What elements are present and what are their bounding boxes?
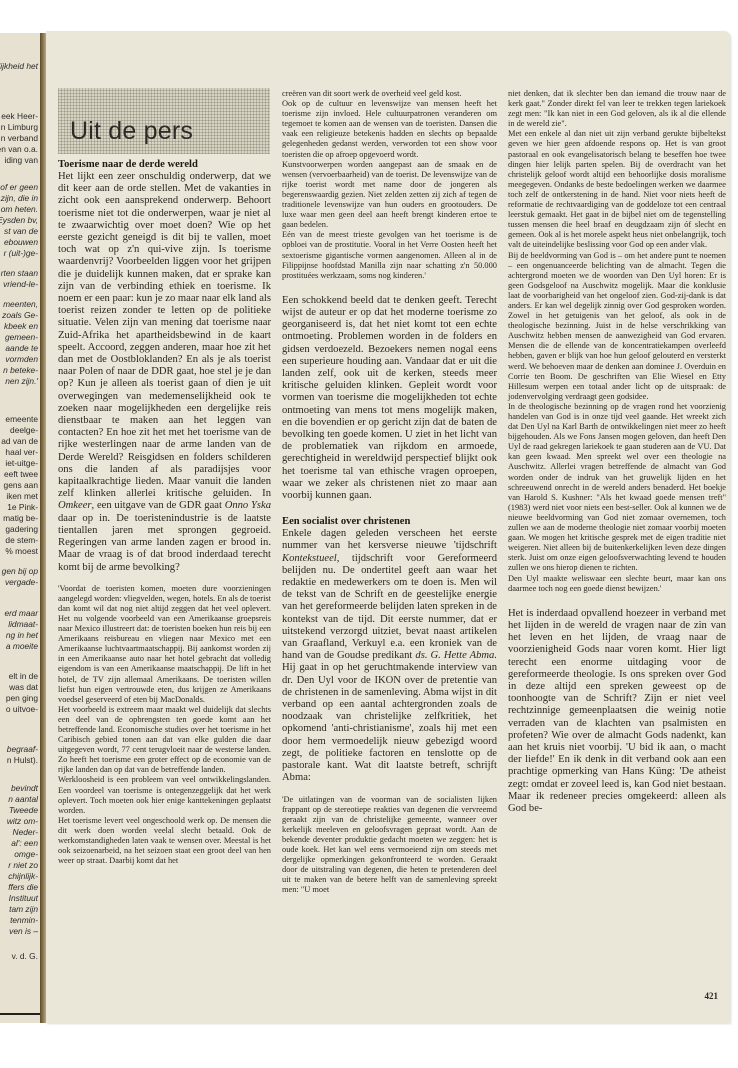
previous-page-text-fragment: vergade- <box>5 577 38 588</box>
column-2: creëren van dit soort werk de overheid v… <box>282 89 497 895</box>
previous-page-text-fragment: a moeite <box>6 641 38 652</box>
previous-page-text-fragment: deelge- <box>10 425 38 436</box>
previous-page-text-fragment: r (uit-)ge- <box>4 248 38 259</box>
previous-page-text-fragment: gens aan <box>4 480 38 491</box>
quote-paragraph: Het voorbeeld is extreem maar maakt wel … <box>58 705 271 776</box>
previous-page-text-fragment: emeente <box>5 414 38 425</box>
socialist-quote: 'De uitlatingen van de voorman van de so… <box>282 795 497 896</box>
column-3: niet denken, dat ik slechter ben dan iem… <box>508 89 726 815</box>
previous-page-text-fragment: ad van de <box>1 436 38 447</box>
previous-page-text-fragment: zoals Ge- <box>2 310 38 321</box>
previous-page-text-fragment: st van de <box>4 226 38 237</box>
previous-page-text-fragment: Eysden bv, <box>0 215 38 226</box>
previous-page-text-fragment: en van o.a. <box>0 144 38 155</box>
section-title: Uit de pers <box>70 117 193 145</box>
article-heading-tourism: Toerisme naar de derde wereld <box>58 159 271 171</box>
previous-page-text-fragment: omge- <box>14 849 38 860</box>
quote-paragraph: Werkloosheid is een probleem van veel on… <box>58 775 271 815</box>
previous-page-text-fragment: erd maar <box>4 608 38 619</box>
page-number: 421 <box>705 991 719 1001</box>
quote-paragraph: 'Voordat de toeristen komen, moeten dure… <box>58 584 271 705</box>
previous-page-text-fragment: bevindt <box>11 783 38 794</box>
previous-page-text-fragment: n verband <box>1 133 38 144</box>
previous-page-text-fragment: witz om- <box>7 816 38 827</box>
previous-page-text-fragment: % moest <box>5 546 38 557</box>
previous-page-text-fragment: gemeen- <box>5 332 38 343</box>
previous-page-text-fragment: tam zijn <box>9 904 38 915</box>
previous-page-text-fragment: gadering <box>5 524 38 535</box>
previous-page-text-fragment: Tweede <box>9 805 38 816</box>
socialist-quote-continued: niet denken, dat ik slechter ben dan iem… <box>508 89 726 594</box>
previous-page-text-fragment: gen bij op <box>2 566 38 577</box>
previous-page-text-fragment: begraaf- <box>7 744 38 755</box>
previous-page-text-fragment: lijkheid het <box>0 61 38 72</box>
previous-page-text-fragment: matig be- <box>3 513 38 524</box>
tourism-quote: 'Voordat de toeristen komen, moeten dure… <box>58 584 271 867</box>
quote-paragraph: Den Uyl maakte weliswaar een slechte beu… <box>508 574 726 594</box>
previous-page-text-fragment: aande te <box>5 343 38 354</box>
previous-page-text-fragment: Instituut <box>9 893 38 904</box>
previous-page-text-fragment: haal ver- <box>5 447 38 458</box>
previous-page-rule <box>0 1013 40 1015</box>
previous-page-text-fragment: Neder- <box>13 827 38 838</box>
previous-page-text-fragment: tenmin- <box>10 915 38 926</box>
previous-page-text-fragment: chijnlijk- <box>8 871 38 882</box>
previous-page-edge: lijkheid heteek Heer-n Limburgn verbande… <box>0 33 40 1023</box>
tourism-conclusion: Een schokkend beeld dat te denken geeft.… <box>282 295 497 502</box>
quote-paragraph: Ook op de cultuur en levenswijze van men… <box>282 99 497 160</box>
publication-name: Omkeer <box>58 500 92 511</box>
previous-page-text-fragment: ven is – <box>9 926 38 937</box>
previous-page-text-fragment: lidmaat- <box>8 619 38 630</box>
quote-paragraph: Met een enkele al dan niet uit zijn verb… <box>508 129 726 250</box>
author-name: Onno Yska <box>225 500 271 511</box>
previous-page-text-fragment: eeft twee <box>4 469 38 480</box>
previous-page-text-fragment: n Limburg <box>1 122 38 133</box>
previous-page-text-fragment: vormden <box>5 354 38 365</box>
quote-paragraph: creëren van dit soort werk de overheid v… <box>282 89 497 99</box>
tourism-intro: Het lijkt een zeer onschuldig onderwerp,… <box>58 171 271 574</box>
tourism-quote-continued: creëren van dit soort werk de overheid v… <box>282 89 497 281</box>
quote-paragraph: 'De uitlatingen van de voorman van de so… <box>282 795 497 896</box>
journal-name: Kontekstueel <box>282 553 337 564</box>
quote-paragraph: Het toerisme levert veel ongeschoold wer… <box>58 816 271 866</box>
article-heading-socialist: Een socialist over christenen <box>282 516 497 528</box>
previous-page-text-fragment: iding van <box>4 155 38 166</box>
quote-paragraph: In de theologische bezinning op de vrage… <box>508 402 726 574</box>
quote-paragraph: Bij de beeldvorming van God is – om het … <box>508 251 726 402</box>
previous-page-text-fragment: iken met <box>6 491 38 502</box>
previous-page-text-fragment: al': een <box>11 838 38 849</box>
socialist-intro: Enkele dagen geleden verscheen het eerst… <box>282 528 497 784</box>
quote-paragraph: Eén van de meest trieste gevolgen van he… <box>282 230 497 280</box>
previous-page-text-fragment: meenten, <box>3 299 38 310</box>
previous-page-text-fragment: of er geen <box>0 182 38 193</box>
quote-paragraph: niet denken, dat ik slechter ben dan iem… <box>508 89 726 129</box>
magazine-page: Uit de pers Toerisme naar de derde werel… <box>46 31 730 1023</box>
previous-page-text-fragment: o uitvoe- <box>6 704 38 715</box>
previous-page-text-fragment: vriend-le- <box>3 279 38 290</box>
previous-page-text-fragment: n Hulst). <box>7 755 38 766</box>
previous-page-text-fragment: pen ging <box>6 693 38 704</box>
previous-page-text-fragment: 1e Pink- <box>7 502 38 513</box>
previous-page-text-fragment: eek Heer- <box>1 111 38 122</box>
previous-page-text-fragment: r niet zo <box>8 860 38 871</box>
author-name: ds. G. Hette Abma. <box>415 650 497 661</box>
previous-page-text-fragment: de stem- <box>5 535 38 546</box>
previous-page-text-fragment: zijn, die in <box>1 193 38 204</box>
previous-page-text-fragment: ffers die <box>8 882 38 893</box>
previous-page-text-fragment: was dat <box>9 682 38 693</box>
quote-paragraph: Kunstvoorwerpen worden aangepast aan de … <box>282 160 497 231</box>
column-1: Toerisme naar de derde wereld Het lijkt … <box>58 159 271 866</box>
previous-page-text-fragment: n beteke- <box>3 365 38 376</box>
socialist-conclusion: Het is inderdaad opvallend hoezeer in ve… <box>508 608 726 815</box>
section-masthead: Uit de pers <box>58 88 270 154</box>
previous-page-text-fragment: nen zijn.' <box>5 376 38 387</box>
previous-page-text-fragment: om heten. <box>1 204 38 215</box>
previous-page-text-fragment: n aantal <box>8 794 38 805</box>
previous-page-text-fragment: ng in het <box>6 630 38 641</box>
previous-page-text-fragment: elt in de <box>9 671 38 682</box>
previous-page-text-fragment: v. d. G. <box>12 951 38 962</box>
previous-page-text-fragment: iet-uitge- <box>5 458 38 469</box>
previous-page-text-fragment: ebouwen <box>4 237 38 248</box>
previous-page-text-fragment: kbeek en <box>4 321 38 332</box>
previous-page-text-fragment: rten staan <box>1 268 38 279</box>
